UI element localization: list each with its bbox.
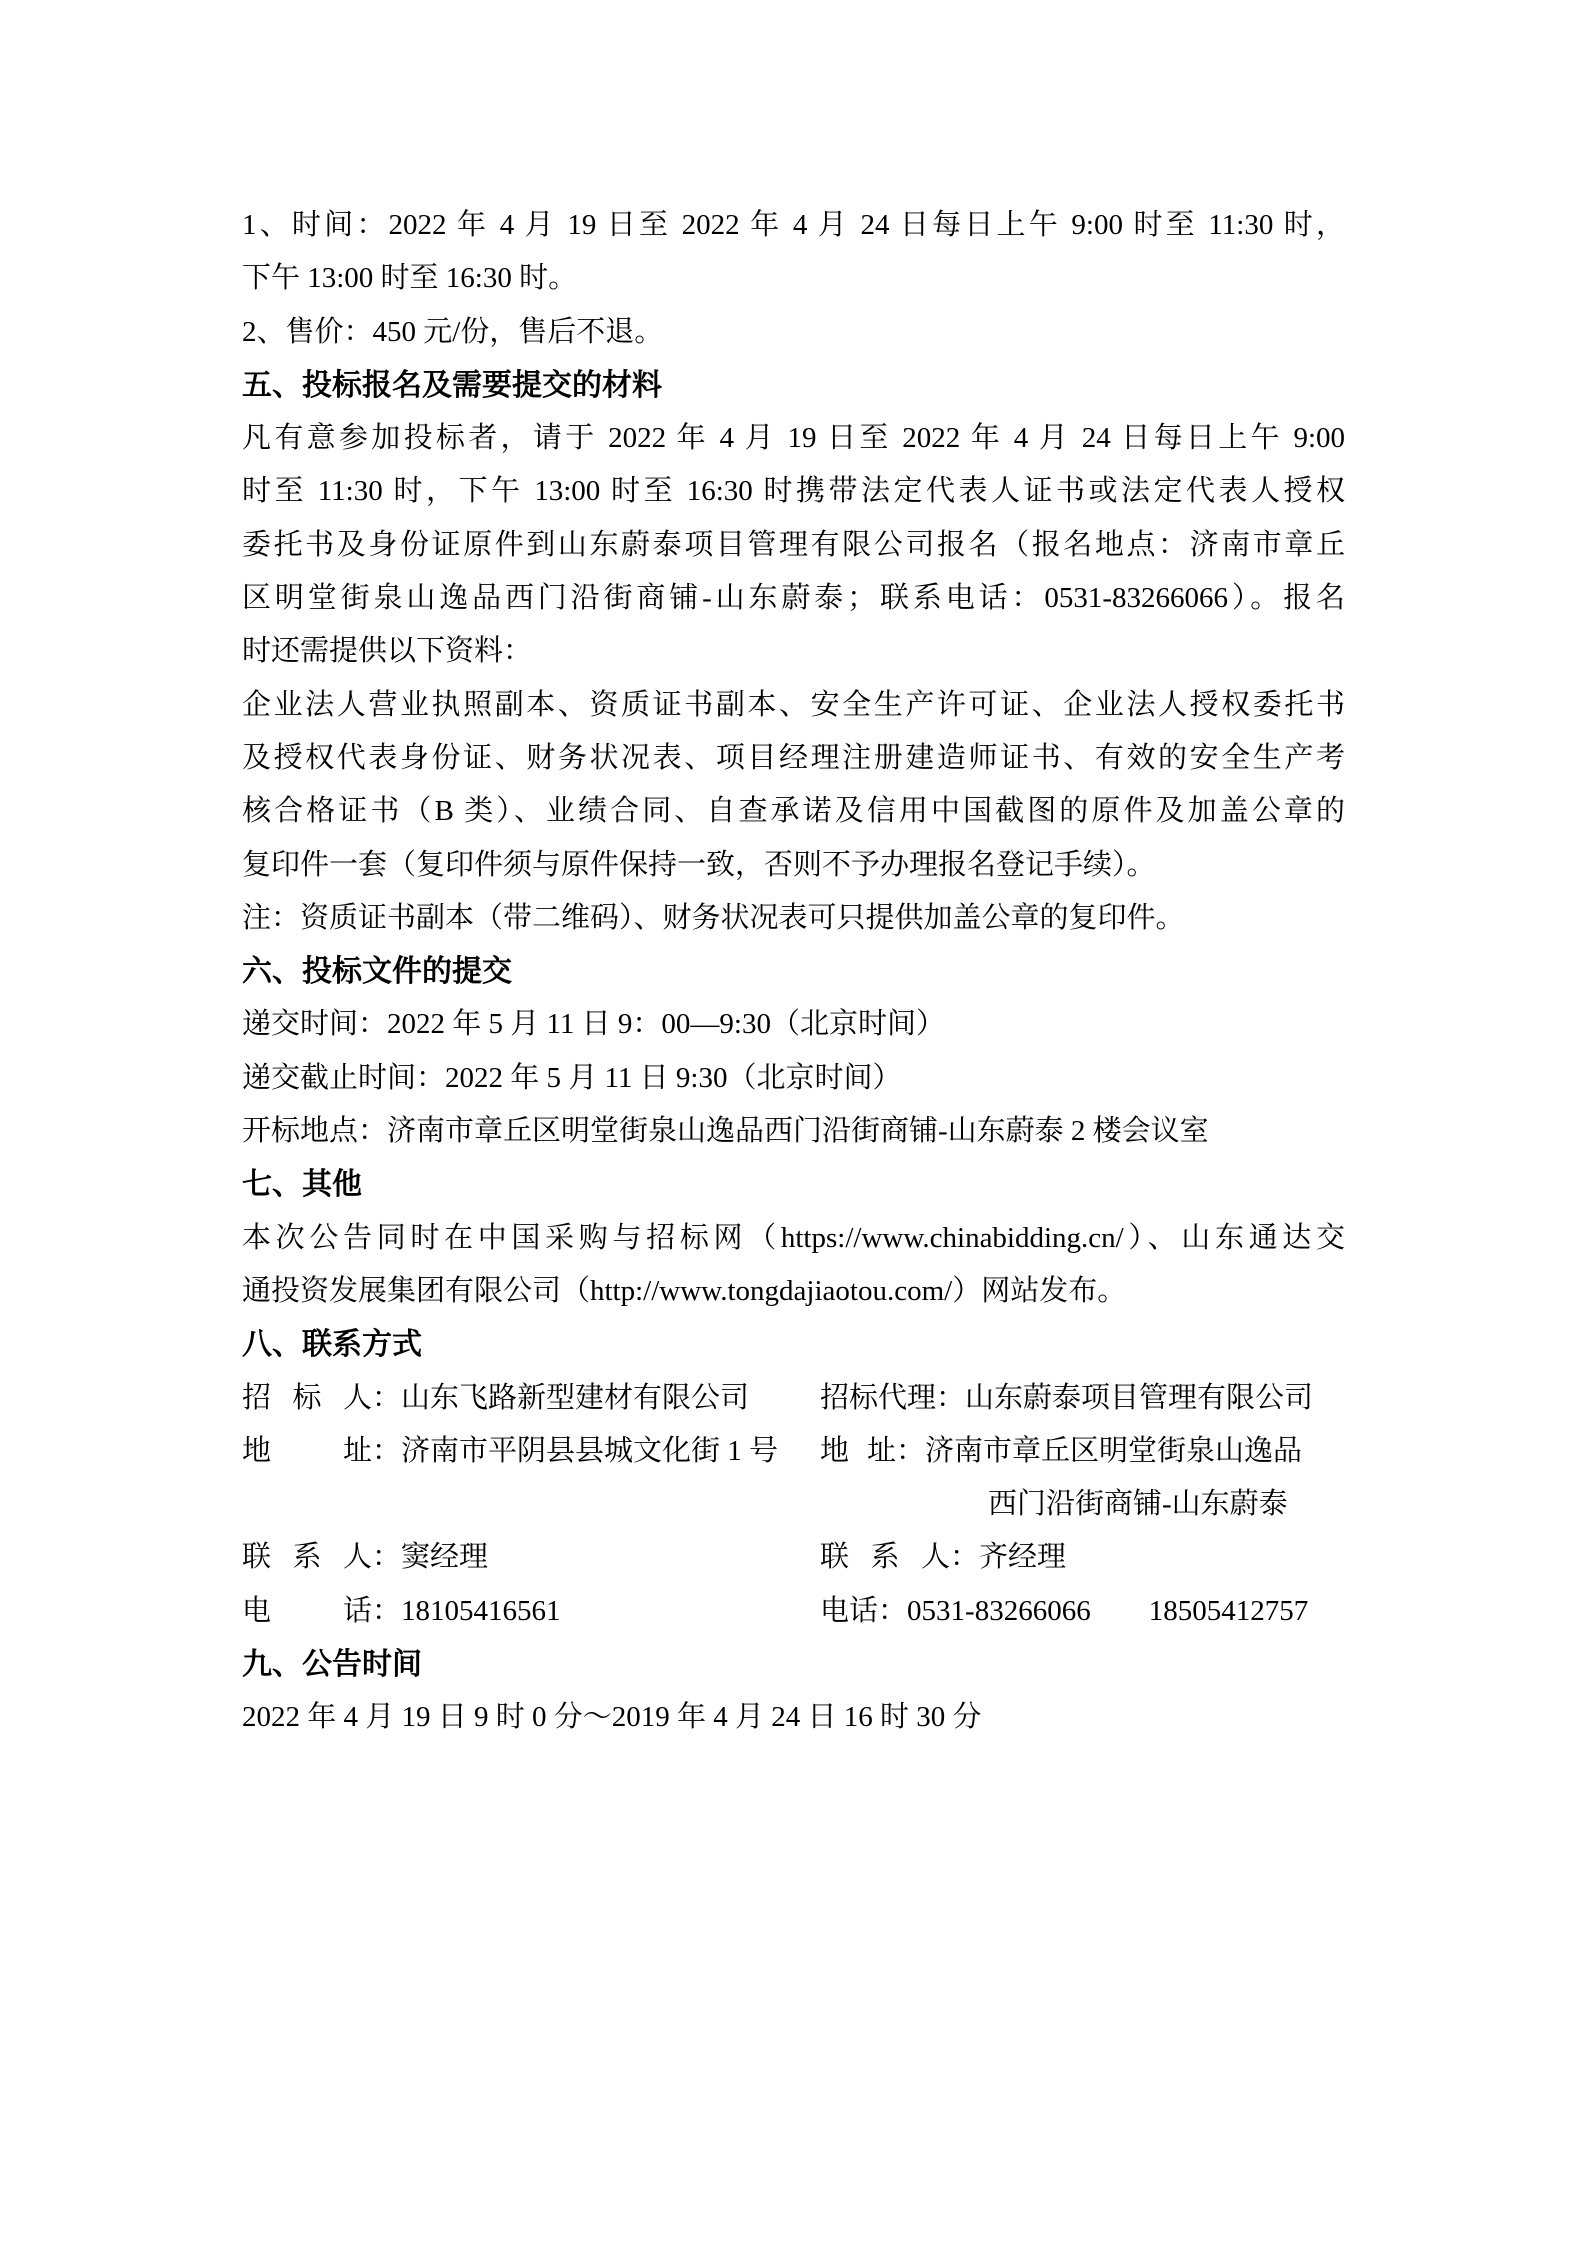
contact-right-value: 齐经理 [979,1541,1066,1573]
document-line-7: 委托书及身份证原件到山东蔚泰项目管理有限公司报名（报名地点：济南市章丘 [242,519,1345,572]
document-line-26: 联系人：窦经理联系人：齐经理 [242,1531,1345,1584]
contact-left-label: 联系人 [242,1531,372,1584]
contact-left-value: 窦经理 [401,1541,488,1573]
section-heading-line-22: 八、联系方式 [242,1318,1345,1371]
document-line-12: 核合格证书（B 类）、业绩合同、自查承诺及信用中国截图的原件及加盖公章的 [242,785,1345,838]
contact-right-label: 联系人 [820,1531,950,1584]
contact-right-colon: ： [936,1382,965,1414]
contact-right-colon: ： [878,1595,907,1627]
contact-left-24: 地址：济南市平阴县县城文化街 1 号 [242,1435,778,1467]
document-line-27: 电话：18105416561电话：0531-83266066 185054127… [242,1585,1345,1638]
contact-right-24: 地址：济南市章丘区明堂街泉山逸品 [820,1425,1302,1478]
document-line-17: 递交截止时间：2022 年 5 月 11 日 9:30（北京时间） [242,1052,1345,1105]
contact-right-label: 地址 [820,1425,896,1478]
contact-left-colon: ： [372,1595,401,1627]
section-heading-line-28: 九、公告时间 [242,1638,1345,1691]
contact-right-colon: ： [896,1435,925,1467]
document-line-24: 地址：济南市平阴县县城文化街 1 号地址：济南市章丘区明堂街泉山逸品 [242,1425,1345,1478]
document-line-9: 时还需提供以下资料： [242,625,1345,678]
document-page: 1、时间：2022 年 4 月 19 日至 2022 年 4 月 24 日每日上… [242,199,1345,1745]
document-line-3: 2、售价：450 元/份，售后不退。 [242,306,1345,359]
contact-right-value: 0531-83266066 18505412757 [907,1595,1308,1627]
document-line-29: 2022 年 4 月 19 日 9 时 0 分～2019 年 4 月 24 日 … [242,1691,1345,1744]
contact-right-26: 联系人：齐经理 [820,1531,1066,1584]
document-line-1: 1、时间：2022 年 4 月 19 日至 2022 年 4 月 24 日每日上… [242,199,1345,252]
contact-left-label: 招标人 [242,1372,372,1425]
document-line-18: 开标地点：济南市章丘区明堂街泉山逸品西门沿街商铺-山东蔚泰 2 楼会议室 [242,1105,1345,1158]
contact-right-value: 济南市章丘区明堂街泉山逸品 [925,1435,1302,1467]
document-line-25: 西门沿街商铺-山东蔚泰 [988,1478,1345,1531]
document-line-10: 企业法人营业执照副本、资质证书副本、安全生产许可证、企业法人授权委托书 [242,679,1345,732]
contact-left-value: 山东飞路新型建材有限公司 [401,1382,749,1414]
contact-left-value: 18105416561 [401,1595,561,1627]
document-line-8: 区明堂街泉山逸品西门沿街商铺-山东蔚泰；联系电话：0531-83266066）。… [242,572,1345,625]
contact-left-colon: ： [372,1541,401,1573]
document-line-20: 本次公告同时在中国采购与招标网（https://www.chinabidding… [242,1212,1345,1265]
contact-left-colon: ： [372,1382,401,1414]
document-line-6: 时至 11:30 时，下午 13:00 时至 16:30 时携带法定代表人证书或… [242,465,1345,518]
document-line-14: 注：资质证书副本（带二维码）、财务状况表可只提供加盖公章的复印件。 [242,892,1345,945]
document-line-13: 复印件一套（复印件须与原件保持一致，否则不予办理报名登记手续）。 [242,839,1345,892]
contact-right-colon: ： [950,1541,979,1573]
document-line-23: 招标人：山东飞路新型建材有限公司招标代理：山东蔚泰项目管理有限公司 [242,1372,1345,1425]
document-line-16: 递交时间：2022 年 5 月 11 日 9：00—9:30（北京时间） [242,998,1345,1051]
section-heading-line-15: 六、投标文件的提交 [242,945,1345,998]
contact-left-23: 招标人：山东飞路新型建材有限公司 [242,1382,749,1414]
contact-right-23: 招标代理：山东蔚泰项目管理有限公司 [820,1372,1313,1425]
contact-left-26: 联系人：窦经理 [242,1541,488,1573]
document-line-2: 下午 13:00 时至 16:30 时。 [242,252,1345,305]
section-heading-line-19: 七、其他 [242,1158,1345,1211]
document-line-11: 及授权代表身份证、财务状况表、项目经理注册建造师证书、有效的安全生产考 [242,732,1345,785]
contact-left-27: 电话：18105416561 [242,1595,561,1627]
contact-left-colon: ： [372,1435,401,1467]
contact-right-label: 招标代理 [820,1382,936,1414]
contact-right-27: 电话：0531-83266066 18505412757 [820,1585,1308,1638]
contact-right-value: 山东蔚泰项目管理有限公司 [965,1382,1313,1414]
section-heading-line-4: 五、投标报名及需要提交的材料 [242,359,1345,412]
contact-left-label: 地址 [242,1425,372,1478]
document-line-21: 通投资发展集团有限公司（http://www.tongdajiaotou.com… [242,1265,1345,1318]
contact-left-value: 济南市平阴县县城文化街 1 号 [401,1435,778,1467]
contact-left-label: 电话 [242,1585,372,1638]
contact-right-label: 电话 [820,1595,878,1627]
document-line-5: 凡有意参加投标者，请于 2022 年 4 月 19 日至 2022 年 4 月 … [242,412,1345,465]
